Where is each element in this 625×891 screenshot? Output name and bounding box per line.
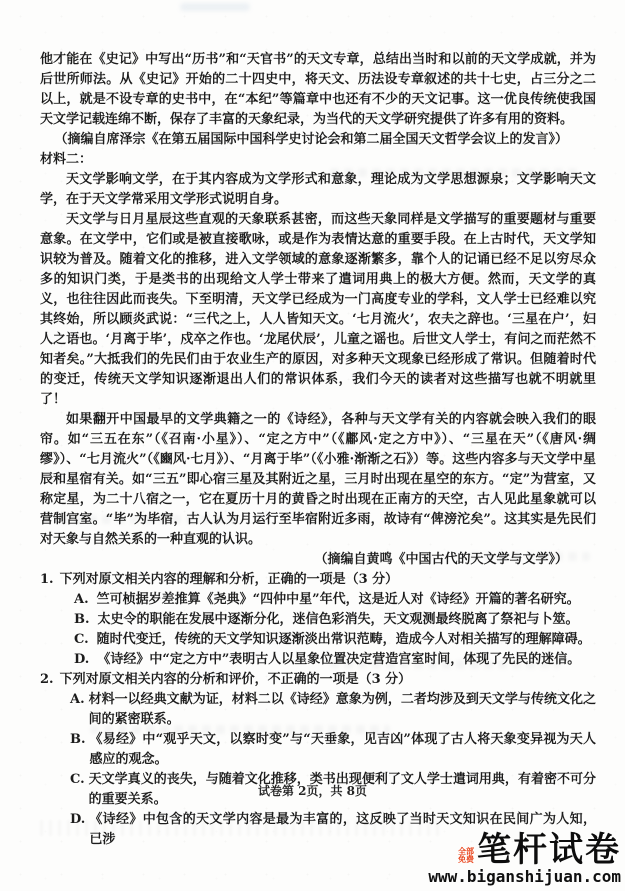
document-body: 他才能在《史记》中写出“历书”和“天官书”的天文专章，总结出当时和以前的天文学成… <box>40 50 596 850</box>
question-2: 2. 下列对原文相关内容的分析和评价，不正确的一项是（3 分） A. 材料一以经… <box>40 670 596 850</box>
option-a-text: 材料一以经典文献为证，材料二以《诗经》意象为例，二者均涉及到天文学与传统文化之间… <box>89 690 596 730</box>
question-1-option-d: D. 《诗经》中“定之方中”表明古人以星象位置决定营造宫室时间，体现了先民的迷信… <box>74 650 596 670</box>
option-b-label: B. <box>74 610 90 630</box>
option-c-text: 随时代变迁，传统的天文学知识逐渐淡出常识范畴，造成今人对相关描写的理解障碍。 <box>97 630 596 650</box>
question-2-option-a: A. 材料一以经典文献为证，材料二以《诗经》意象为例，二者均涉及到天文学与传统文… <box>70 690 596 730</box>
question-2-number: 2. <box>40 670 54 690</box>
option-c-label: C. <box>74 630 89 650</box>
option-d-text: 《诗经》中“定之方中”表明古人以星象位置决定营造宫室时间，体现了先民的迷信。 <box>97 650 596 670</box>
option-d-label: D. <box>74 650 89 670</box>
option-b-text: 太史令的职能在发展中逐渐分化，迷信色彩消失，天文观测最终脱离了祭祀与卜筮。 <box>98 610 596 630</box>
attribution-source-2: （摘编自黄鸣《中国古代的天文学与文学》） <box>40 550 596 570</box>
question-2-stem: 2. 下列对原文相关内容的分析和评价，不正确的一项是（3 分） <box>40 670 596 690</box>
material-2-label: 材料二： <box>40 150 596 170</box>
paragraph-2: 天文学与日月星辰这些直观的天象联系甚密，而这些天象同样是文学描写的重要题材与重要… <box>40 210 596 410</box>
question-1: 1. 下列对原文相关内容的理解和分析，正确的一项是（3 分） A. 竺可桢据岁差… <box>40 570 596 670</box>
paragraph-3: 如果翻开中国最早的文学典籍之一的《诗经》，各种与天文学有关的内容就会映入我们的眼… <box>40 410 596 550</box>
paragraph-1: 天文学影响文学，在于其内容成为文学形式和意象，理论成为文学思想源泉；文学影响天文… <box>40 170 596 210</box>
watermark: 全部免费 笔杆试卷 www.biganshijuan.com <box>428 833 621 885</box>
option-b-label: B. <box>70 730 86 770</box>
question-1-option-a: A. 竺可桢据岁差推算《尧典》“四仲中星”年代，这是近人对《诗经》开篇的著名研究… <box>74 590 596 610</box>
question-2-stem-text: 下列对原文相关内容的分析和评价，不正确的一项是（3 分） <box>60 670 412 690</box>
watermark-url: www.biganshijuan.com <box>428 869 621 885</box>
option-d-label: D. <box>70 810 85 850</box>
exam-page: 他才能在《史记》中写出“历书”和“天官书”的天文专章，总结出当时和以前的天文学成… <box>0 0 625 891</box>
question-1-option-c: C. 随时代变迁，传统的天文学知识逐渐淡出常识范畴，造成今人对相关描写的理解障碍… <box>74 630 596 650</box>
question-2-option-b: B. 《易经》中“观乎天文，以察时变”与“天垂象，见吉凶”体现了古人将天象变异视… <box>70 730 596 770</box>
attribution-source-1: （摘编自席泽宗《在第五届国际中国科学史讨论会和第二届全国天文哲学会议上的发言》） <box>40 130 596 150</box>
option-b-text: 《易经》中“观乎天文，以察时变”与“天垂象，见吉凶”体现了古人将天象变异视为天人… <box>90 730 596 770</box>
watermark-brand: 笔杆试卷 <box>477 833 621 867</box>
scan-smudge <box>180 3 250 11</box>
page-footer: 试卷第 2页，共 8页 <box>0 782 625 799</box>
paragraph-continuation: 他才能在《史记》中写出“历书”和“天官书”的天文专章，总结出当时和以前的天文学成… <box>40 50 596 130</box>
option-a-label: A. <box>74 590 89 610</box>
option-a-label: A. <box>70 690 85 730</box>
question-1-option-b: B. 太史令的职能在发展中逐渐分化，迷信色彩消失，天文观测最终脱离了祭祀与卜筮。 <box>74 610 596 630</box>
question-1-number: 1. <box>40 570 54 590</box>
question-1-stem-text: 下列对原文相关内容的理解和分析，正确的一项是（3 分） <box>60 570 399 590</box>
watermark-tagline: 全部免费 <box>457 848 475 864</box>
question-1-stem: 1. 下列对原文相关内容的理解和分析，正确的一项是（3 分） <box>40 570 596 590</box>
option-a-text: 竺可桢据岁差推算《尧典》“四仲中星”年代，这是近人对《诗经》开篇的著名研究。 <box>97 590 596 610</box>
